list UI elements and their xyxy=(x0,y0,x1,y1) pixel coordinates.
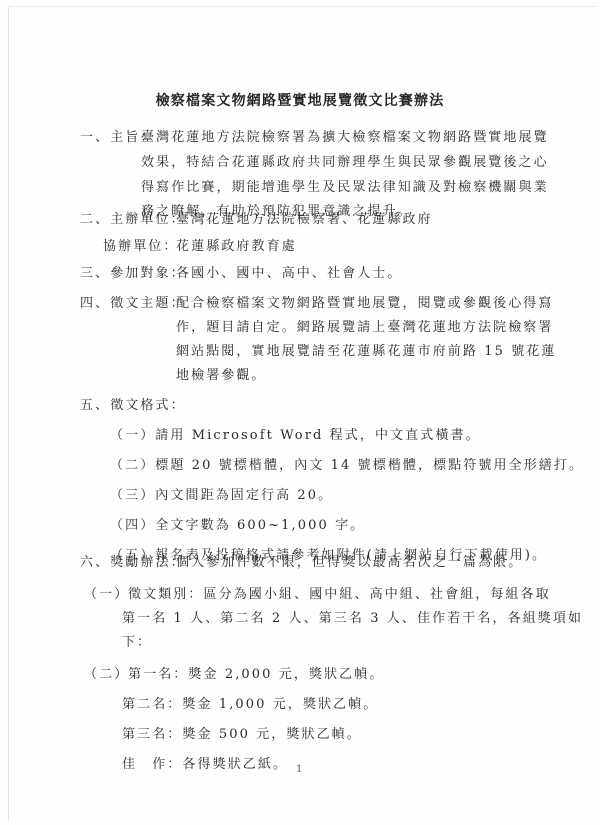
award-category-line-2: 第一名 1 人、第二名 2 人、第三名 3 人、佳作若干名，各組獎項如 xyxy=(122,611,583,627)
section-4-line-1: 配合檢察檔案文物網路暨實地展覽，閱覽或參觀後心得寫 xyxy=(176,296,554,312)
award-category-line-1: 徵文類別：區分為國小組、國中組、高中組、社會組，每組各取 xyxy=(128,587,551,603)
scan-edge-top xyxy=(8,6,598,7)
section-4-line-4: 地檢署參觀。 xyxy=(176,368,267,384)
section-6-label: 六、獎勵辦法： xyxy=(80,555,186,571)
format-item-4: （四）全文字數為 600~1,000 字。 xyxy=(110,518,365,534)
section-1-line-3: 得寫作比賽，期能增進學生及民眾法律知識及對檢察機關與業 xyxy=(141,180,549,196)
prize-third: 第三名：獎金 500 元，獎狀乙幀。 xyxy=(122,727,362,743)
section-3-line-1: 各國小、國中、高中、社會人士。 xyxy=(176,266,403,282)
prize-honorable: 佳 作：各得獎狀乙紙。 xyxy=(122,757,288,773)
document-title: 檢察檔案文物網路暨實地展覽徵文比賽辦法 xyxy=(0,90,600,110)
format-item-2: （二）標題 20 號標楷體，內文 14 號標楷體，標點符號用全形繕打。 xyxy=(110,458,584,474)
section-6-line-1: 個人參加件數不限，但得獎以最高名次之一篇為限。 xyxy=(176,555,523,571)
prize-first: 第一名：獎金 2,000 元，獎狀乙幀。 xyxy=(128,667,384,683)
section-4-label: 四、徵文主題： xyxy=(80,296,186,312)
format-item-1: （一）請用 Microsoft Word 程式，中文直式橫書。 xyxy=(110,428,481,444)
format-item-3: （三）內文間距為固定行高 20。 xyxy=(110,488,333,504)
section-4-line-3: 網站點閱，實地展覽請至花蓮縣花蓮市府前路 15 號花蓮 xyxy=(176,344,557,360)
award-category-label: （一） xyxy=(84,587,129,603)
co-organizer-value: 花蓮縣政府教育處 xyxy=(176,239,297,255)
award-category-line-3: 下： xyxy=(122,635,152,651)
section-2-label: 二、主辦單位： xyxy=(80,212,186,228)
section-2-line-1: 臺灣花蓮地方法院檢察署、花蓮縣政府 xyxy=(176,212,433,228)
section-5-label: 五、徵文格式： xyxy=(80,398,186,414)
section-1-line-2: 效果，特結合花蓮縣政府共同辦理學生與民眾參觀展覽後之心 xyxy=(141,155,549,171)
document-page: 檢察檔案文物網路暨實地展覽徵文比賽辦法 一、主旨： 臺灣花蓮地方法院檢察署為擴大… xyxy=(0,0,600,825)
prize-second: 第二名：獎金 1,000 元，獎狀乙幀。 xyxy=(122,697,378,713)
section-1-line-1: 臺灣花蓮地方法院檢察署為擴大檢察檔案文物網路暨實地展覽 xyxy=(141,130,549,146)
section-3-label: 三、參加對象： xyxy=(80,266,186,282)
co-organizer-label: 協辦單位： xyxy=(103,239,179,255)
scan-edge-left xyxy=(8,6,9,821)
award-prizes-label: （二） xyxy=(84,667,129,683)
section-4-line-2: 作，題目請自定。網路展覽請上臺灣花蓮地方法院檢察署 xyxy=(176,320,554,336)
page-number: 1 xyxy=(296,764,302,775)
